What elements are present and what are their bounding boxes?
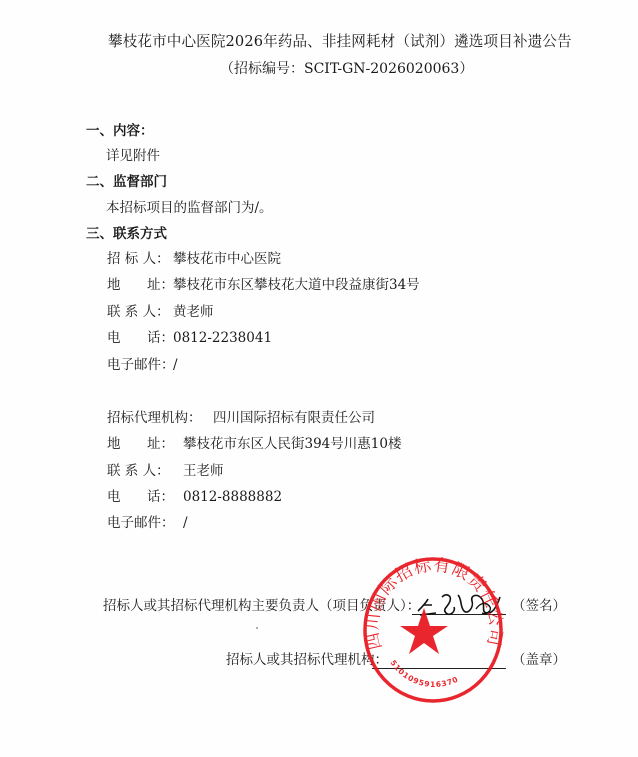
contact-value: 0812-8888882 (183, 491, 282, 505)
svg-text:5101095916370: 5101095916370 (388, 658, 460, 689)
org-seal-line (372, 668, 506, 669)
contact-label: 电子邮件： (107, 517, 175, 531)
contact-value: 0812-2238041 (173, 332, 272, 346)
principal-signature-line (412, 614, 506, 615)
org-seal-suffix: （盖章） (512, 654, 566, 668)
contact-value: 攀枝花市中心医院 (173, 253, 281, 267)
contact-value: 王老师 (183, 465, 224, 479)
contact-label: 联 系 人： (107, 306, 170, 320)
section-heading-content: 一、内容： (86, 125, 154, 139)
contact-value: 攀枝花市东区人民街394号川惠10楼 (183, 438, 401, 452)
contact-value: 四川国际招标有限责任公司 (213, 412, 375, 426)
scan-dot (256, 627, 258, 629)
tender-number: （招标编号：SCIT-GN-2026020063） (220, 62, 473, 76)
document-title: 攀枝花市中心医院2026年药品、非挂网耗材（试剂）遴选项目补遗公告 (108, 35, 572, 50)
document-page: 攀枝花市中心医院2026年药品、非挂网耗材（试剂）遴选项目补遗公告 （招标编号：… (0, 0, 638, 757)
company-seal-stamp: 四川国际招标有限责任公司 5101095916370 (362, 556, 504, 704)
contact-value: / (173, 359, 178, 373)
seal-code-text: 5101095916370 (388, 658, 460, 689)
org-seal-label: 招标人或其招标代理机构： (226, 654, 388, 668)
section-body-content: 详见附件 (106, 150, 160, 164)
contact-label: 招 标 人： (107, 253, 170, 267)
section-heading-supervision: 二、监督部门 (86, 176, 167, 190)
principal-signature-label: 招标人或其招标代理机构主要负责人（项目负责人）： (103, 600, 420, 614)
contact-label: 电子邮件： (107, 359, 175, 373)
contact-value: / (183, 517, 188, 531)
contact-label: 招标代理机构： (107, 412, 202, 426)
contact-value: 黄老师 (173, 306, 214, 320)
contact-value: 攀枝花市东区攀枝花大道中段益康街34号 (173, 279, 420, 293)
principal-signature-suffix: （签名） (512, 600, 566, 614)
section-heading-contact: 三、联系方式 (86, 228, 167, 242)
section-body-supervision: 本招标项目的监督部门为/。 (106, 202, 273, 216)
contact-label: 联 系 人： (107, 465, 170, 479)
